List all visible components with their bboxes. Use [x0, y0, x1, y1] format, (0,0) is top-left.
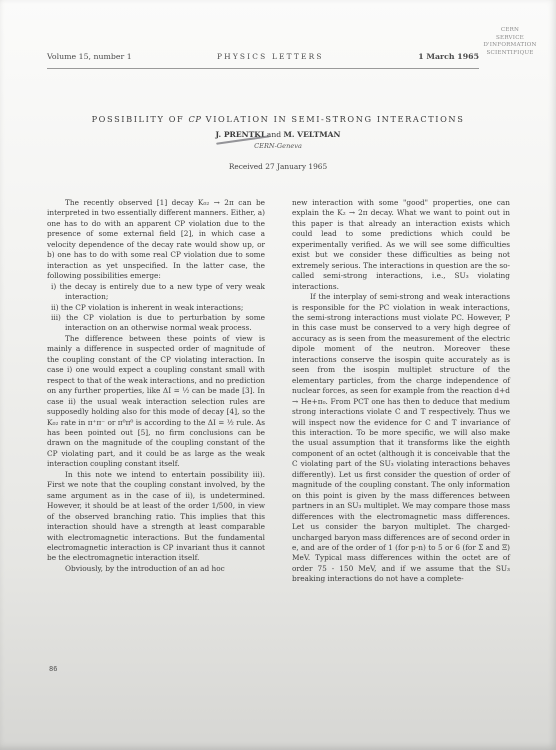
paper-page: CERN SERVICE D'INFORMATION SCIENTIFIQUE … — [0, 0, 556, 750]
affiliation: CERN-Geneva — [0, 142, 556, 150]
running-header: Volume 15, number 1 PHYSICS LETTERS 1 Ma… — [47, 52, 479, 66]
paragraph: In this note we intend to entertain poss… — [47, 470, 265, 564]
header-rule — [47, 68, 479, 69]
volume-number: Volume 15, number 1 — [47, 52, 132, 61]
paragraph: new interaction with some "good" propert… — [292, 198, 510, 292]
paragraph: Obviously, by the introduction of an ad … — [47, 564, 265, 574]
paragraph: If the interplay of semi-strong and weak… — [292, 292, 510, 585]
list-item: iii) the CP violation is due to perturba… — [47, 313, 265, 334]
author-line: J. PRENTKI and M. VELTMAN — [0, 130, 556, 139]
list-item: ii) the CP violation is inherent in weak… — [47, 303, 265, 313]
issue-date: 1 March 1965 — [418, 52, 479, 61]
stamp-line: SERVICE D'INFORMATION — [470, 35, 550, 50]
list-item: i) the decay is entirely due to a new ty… — [47, 282, 265, 303]
page-number: 86 — [49, 665, 57, 673]
author-name: M. VELTMAN — [283, 130, 340, 139]
stamp-line: SCIENTIFIQUE — [470, 50, 550, 58]
left-text-column: The recently observed [1] decay K₀₂ → 2π… — [47, 198, 265, 574]
article-title: POSSIBILITY OF CP VIOLATION IN SEMI-STRO… — [40, 114, 516, 124]
paragraph: The difference between these points of v… — [47, 334, 265, 470]
received-date: Received 27 January 1965 — [0, 162, 556, 171]
journal-name: PHYSICS LETTERS — [217, 52, 324, 61]
right-text-column: new interaction with some "good" propert… — [292, 198, 510, 585]
paragraph: The recently observed [1] decay K₀₂ → 2π… — [47, 198, 265, 282]
stamp-line: CERN — [470, 27, 550, 35]
cern-library-stamp: CERN SERVICE D'INFORMATION SCIENTIFIQUE — [470, 27, 550, 57]
